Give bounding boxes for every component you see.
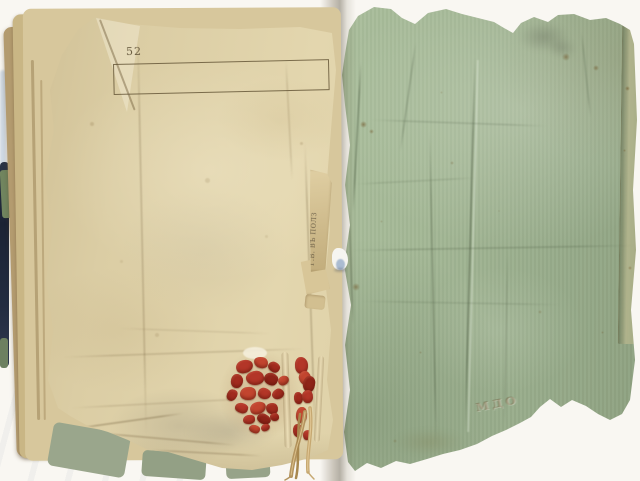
ruled-title-box bbox=[113, 59, 330, 95]
cover-spot bbox=[419, 351, 422, 354]
page-dot bbox=[120, 260, 123, 263]
page-dot bbox=[90, 122, 94, 126]
archival-document-scan: МДО 52 Г.В. ВЪ ПОЛЗ bbox=[0, 0, 640, 481]
cord-fray bbox=[285, 476, 291, 480]
cover-folded-edge bbox=[618, 24, 640, 344]
cover-spot bbox=[440, 91, 443, 94]
cover-spot bbox=[450, 161, 454, 165]
cover-spot bbox=[625, 86, 630, 91]
cover-spot bbox=[393, 439, 397, 443]
page-dot bbox=[155, 333, 159, 337]
cover-spot bbox=[380, 220, 383, 223]
crease bbox=[356, 177, 476, 185]
cover-spot bbox=[601, 331, 604, 334]
cover-spot bbox=[538, 310, 542, 314]
crease bbox=[352, 245, 634, 252]
cover-spot bbox=[360, 121, 367, 128]
page-dot bbox=[205, 178, 210, 183]
cover-spot bbox=[562, 53, 570, 61]
crease bbox=[581, 32, 592, 117]
cover-spot bbox=[623, 149, 626, 152]
crease bbox=[399, 42, 416, 151]
paper-tab-fragment bbox=[304, 294, 325, 310]
crease bbox=[137, 36, 147, 434]
page-dot bbox=[300, 142, 303, 145]
cover-spot bbox=[369, 129, 374, 134]
cord-fray bbox=[308, 472, 314, 479]
crease bbox=[362, 300, 560, 305]
back-cover-edge bbox=[0, 338, 8, 368]
cover-spot bbox=[498, 210, 500, 212]
page-number-stamp: 52 bbox=[126, 45, 142, 58]
cover-spot bbox=[628, 266, 632, 270]
cover-smudge bbox=[393, 428, 465, 456]
tear-notch-shadow bbox=[334, 268, 346, 272]
page-dot bbox=[265, 235, 268, 238]
embossed-stamp: МДО bbox=[475, 388, 547, 419]
cover-spot bbox=[593, 65, 599, 71]
crease bbox=[372, 119, 547, 127]
